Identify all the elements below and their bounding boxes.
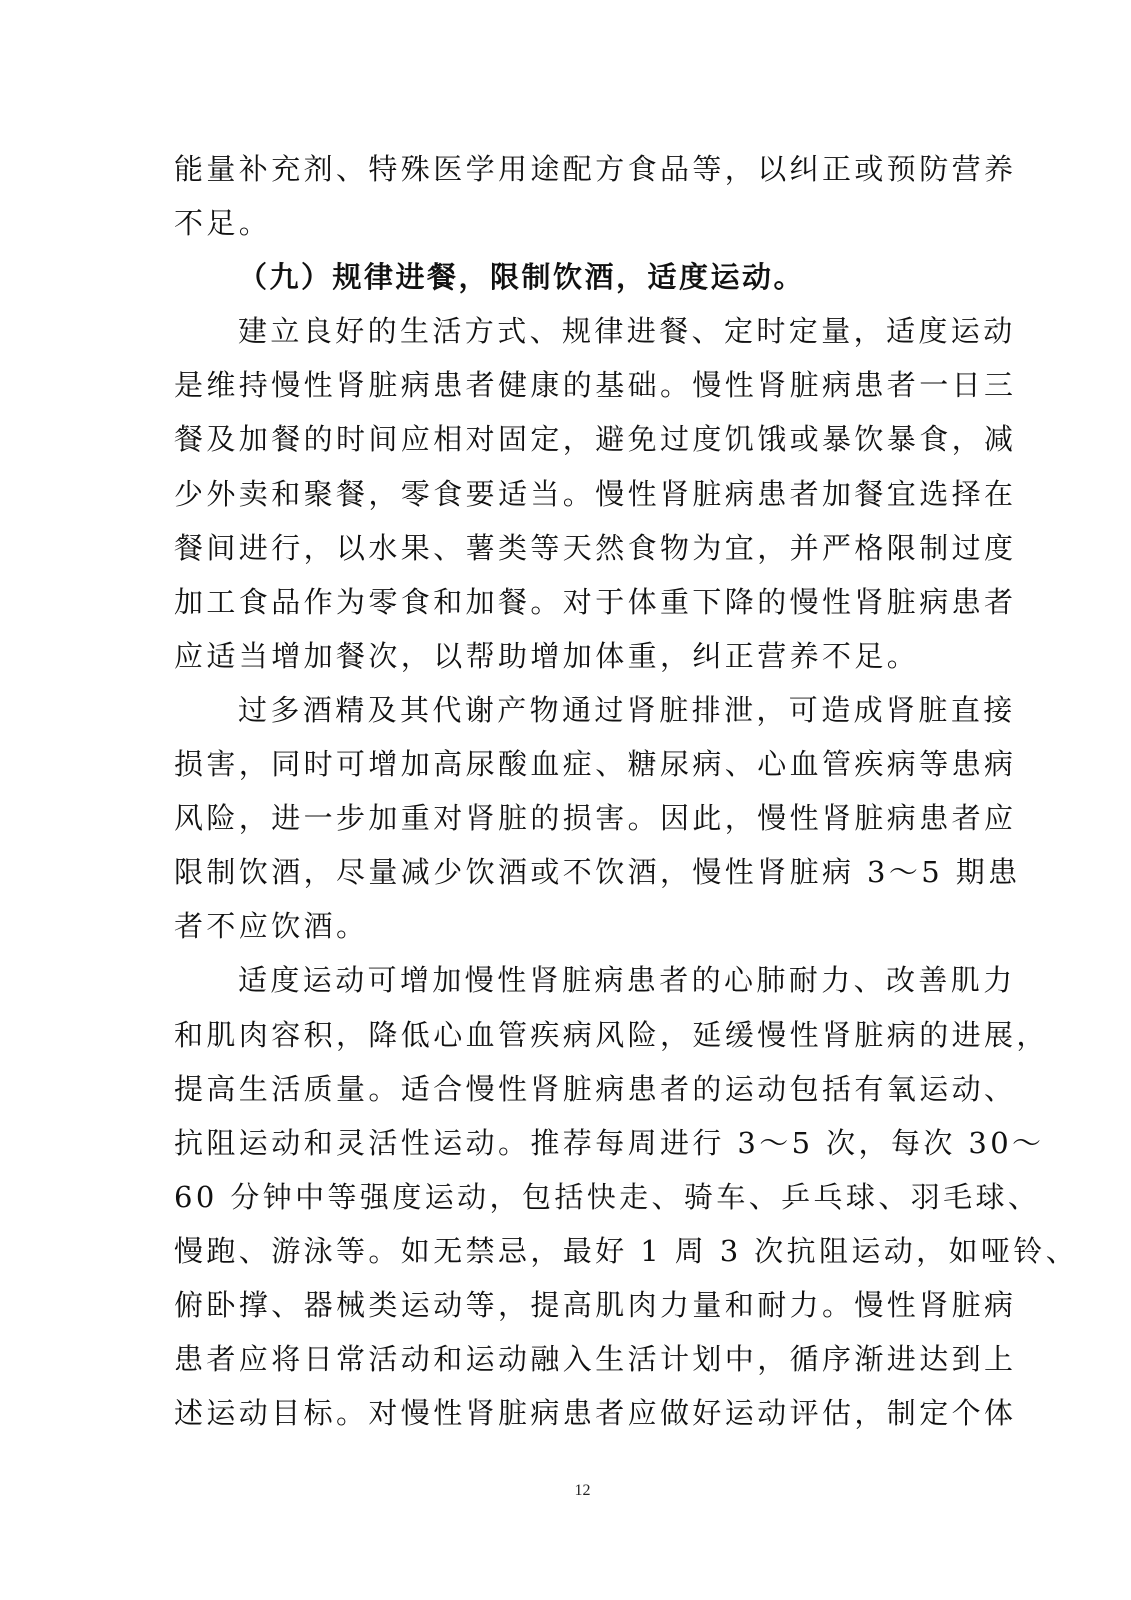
text-line: 少外卖和聚餐，零食要适当。慢性肾脏病患者加餐宜选择在: [174, 467, 956, 521]
paragraph-start: 过多酒精及其代谢产物通过肾脏排泄，可造成肾脏直接: [174, 683, 956, 737]
text-line: 慢跑、游泳等。如无禁忌，最好 1 周 3 次抗阻运动，如哑铃、: [174, 1224, 956, 1278]
text-line: 述运动目标。对慢性肾脏病患者应做好运动评估，制定个体: [174, 1386, 956, 1440]
text-line: 餐间进行，以水果、薯类等天然食物为宜，并严格限制过度: [174, 521, 956, 575]
text-line: 俯卧撑、器械类运动等，提高肌肉力量和耐力。慢性肾脏病: [174, 1278, 956, 1332]
text-line: 能量补充剂、特殊医学用途配方食品等，以纠正或预防营养: [174, 142, 956, 196]
page-number: 12: [0, 1482, 1131, 1500]
text-line: 加工食品作为零食和加餐。对于体重下降的慢性肾脏病患者: [174, 575, 956, 629]
text-line: 不足。: [174, 196, 956, 250]
text-line: 患者应将日常活动和运动融入生活计划中，循序渐进达到上: [174, 1332, 956, 1386]
text-line: 是维持慢性肾脏病患者健康的基础。慢性肾脏病患者一日三: [174, 358, 956, 412]
text-line: 风险，进一步加重对肾脏的损害。因此，慢性肾脏病患者应: [174, 791, 956, 845]
text-line: 者不应饮酒。: [174, 899, 956, 953]
text-line: 损害，同时可增加高尿酸血症、糖尿病、心血管疾病等患病: [174, 737, 956, 791]
text-line: 餐及加餐的时间应相对固定，避免过度饥饿或暴饮暴食，减: [174, 412, 956, 466]
text-line: 抗阻运动和灵活性运动。推荐每周进行 3～5 次，每次 30～: [174, 1116, 956, 1170]
text-line: 提高生活质量。适合慢性肾脏病患者的运动包括有氧运动、: [174, 1062, 956, 1116]
section-heading: （九）规律进餐，限制饮酒，适度运动。: [174, 250, 956, 304]
text-line: 和肌肉容积，降低心血管疾病风险，延缓慢性肾脏病的进展，: [174, 1008, 956, 1062]
paragraph-start: 建立良好的生活方式、规律进餐、定时定量，适度运动: [174, 304, 956, 358]
body-text: 能量补充剂、特殊医学用途配方食品等，以纠正或预防营养 不足。 （九）规律进餐，限…: [174, 142, 956, 1440]
text-line: 60 分钟中等强度运动，包括快走、骑车、乒乓球、羽毛球、: [174, 1170, 956, 1224]
document-page: 能量补充剂、特殊医学用途配方食品等，以纠正或预防营养 不足。 （九）规律进餐，限…: [0, 0, 1131, 1600]
paragraph-start: 适度运动可增加慢性肾脏病患者的心肺耐力、改善肌力: [174, 953, 956, 1007]
text-line: 限制饮酒，尽量减少饮酒或不饮酒，慢性肾脏病 3～5 期患: [174, 845, 956, 899]
text-line: 应适当增加餐次，以帮助增加体重，纠正营养不足。: [174, 629, 956, 683]
